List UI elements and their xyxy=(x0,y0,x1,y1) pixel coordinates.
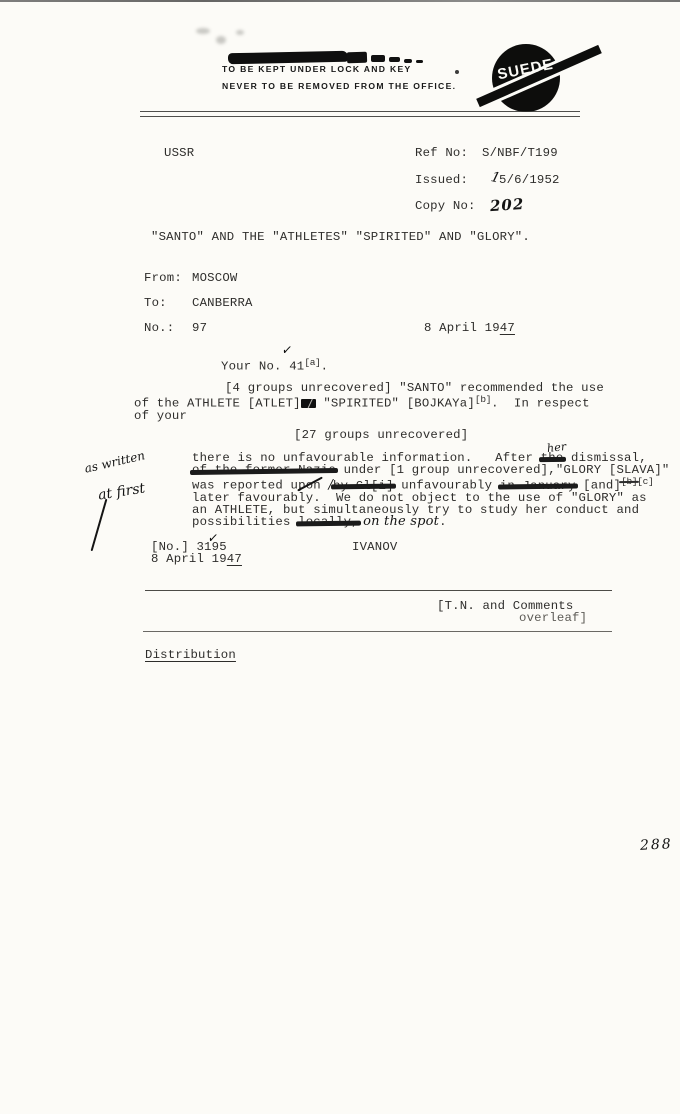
separator-rule-2 xyxy=(143,631,612,632)
pencil-smudge xyxy=(216,36,226,44)
security-caption-line1: TO BE KEPT UNDER LOCK AND KEY xyxy=(222,64,412,74)
topsecret-redaction xyxy=(389,57,400,62)
handwritten-page-number: 288 xyxy=(640,836,674,854)
body-line: of the ATHLETE [ATLET] "SPIRITED" [BOJKA… xyxy=(134,394,604,410)
msg-date-underlined: 47 xyxy=(500,321,515,335)
your-no-footnote: [a] xyxy=(304,357,320,368)
topsecret-redaction xyxy=(371,55,385,62)
margin-annotation-1: as written xyxy=(83,448,146,475)
signature-date: 8 April 1947 xyxy=(151,553,242,565)
tn-comments-note-line2: overleaf] xyxy=(519,612,587,624)
signer-name: IVANOV xyxy=(352,541,397,553)
copy-no-value: 202 xyxy=(489,195,524,215)
ref-no-value: S/NBF/T199 xyxy=(482,147,558,159)
signature-date-prefix: 8 April 19 xyxy=(151,552,227,566)
topsecret-redaction xyxy=(404,59,412,63)
body-text: . In respect xyxy=(491,397,590,411)
ref-no-label: Ref No: xyxy=(415,147,468,159)
footnote-marker: [b] xyxy=(475,394,491,405)
issued-value: 5/6/1952 xyxy=(499,174,560,186)
issued-label: Issued: xyxy=(415,174,468,186)
msg-no-label: No.: xyxy=(144,322,174,334)
country-label: USSR xyxy=(164,147,194,159)
document-title: "SANTO" AND THE "ATHLETES" "SPIRITED" AN… xyxy=(151,231,530,243)
copy-no-label: Copy No: xyxy=(415,200,476,212)
your-no-text: Your No. 41 xyxy=(221,360,304,374)
distribution-heading: Distribution xyxy=(145,649,236,661)
handwritten-on-the-spot: on the spot xyxy=(359,514,439,529)
topsecret-redaction xyxy=(228,51,348,65)
body-line: possibilities locally, on the spot. xyxy=(192,516,670,528)
body-line: of the former Nazis under [1 group unrec… xyxy=(192,464,670,476)
msg-date: 8 April 1947 xyxy=(424,322,515,334)
pencil-smudge xyxy=(196,28,210,34)
pencil-smudge xyxy=(236,30,244,35)
your-no-line: Your No. 41[a]. xyxy=(221,357,328,373)
to-label: To: xyxy=(144,297,167,309)
body-paragraph-2: there is no unfavourable information. Af… xyxy=(192,452,670,528)
msg-no-value: 97 xyxy=(192,322,207,334)
unrecovered-groups-note: [27 groups unrecovered] xyxy=(294,429,468,441)
body-text: "SPIRITED" [BOJKAYa] xyxy=(316,397,475,411)
document-page: TO BE KEPT UNDER LOCK AND KEY NEVER TO B… xyxy=(0,0,680,1114)
ink-dot xyxy=(455,70,459,74)
body-paragraph-1: [4 groups unrecovered] "SANTO" recommend… xyxy=(134,382,604,422)
footnote-marker: [c] xyxy=(637,476,653,487)
your-no-period: . xyxy=(321,360,329,374)
handwritten-her: her xyxy=(546,441,567,455)
topsecret-redaction xyxy=(347,52,367,64)
body-line: [4 groups unrecovered] "SANTO" recommend… xyxy=(134,382,604,394)
struck-text: of the former Nazis xyxy=(192,463,336,477)
signature-date-underlined: 47 xyxy=(227,552,242,566)
header-rule xyxy=(140,111,580,117)
body-text: under [1 group unrecovered],"GLORY [SLAV… xyxy=(336,463,670,477)
margin-annotation-stroke xyxy=(91,499,108,551)
body-text: . xyxy=(439,515,447,529)
security-caption-line2: NEVER TO BE REMOVED FROM THE OFFICE. xyxy=(222,81,456,91)
to-value: CANBERRA xyxy=(192,297,253,309)
separator-rule-1 xyxy=(145,590,612,591)
body-line: of your xyxy=(134,410,604,422)
topsecret-redaction xyxy=(416,60,423,63)
struck-footnote-marker: [b] xyxy=(621,476,637,487)
scan-top-edge xyxy=(0,0,680,2)
from-label: From: xyxy=(144,272,182,284)
body-text: possibilities xyxy=(192,515,298,529)
from-value: MOSCOW xyxy=(192,272,237,284)
msg-date-prefix: 8 April 19 xyxy=(424,321,500,335)
struck-text: locally, xyxy=(298,515,359,529)
body-line: was reported upon ∕by Gl[i] unfavourably… xyxy=(192,476,670,492)
inline-redaction xyxy=(301,399,316,408)
